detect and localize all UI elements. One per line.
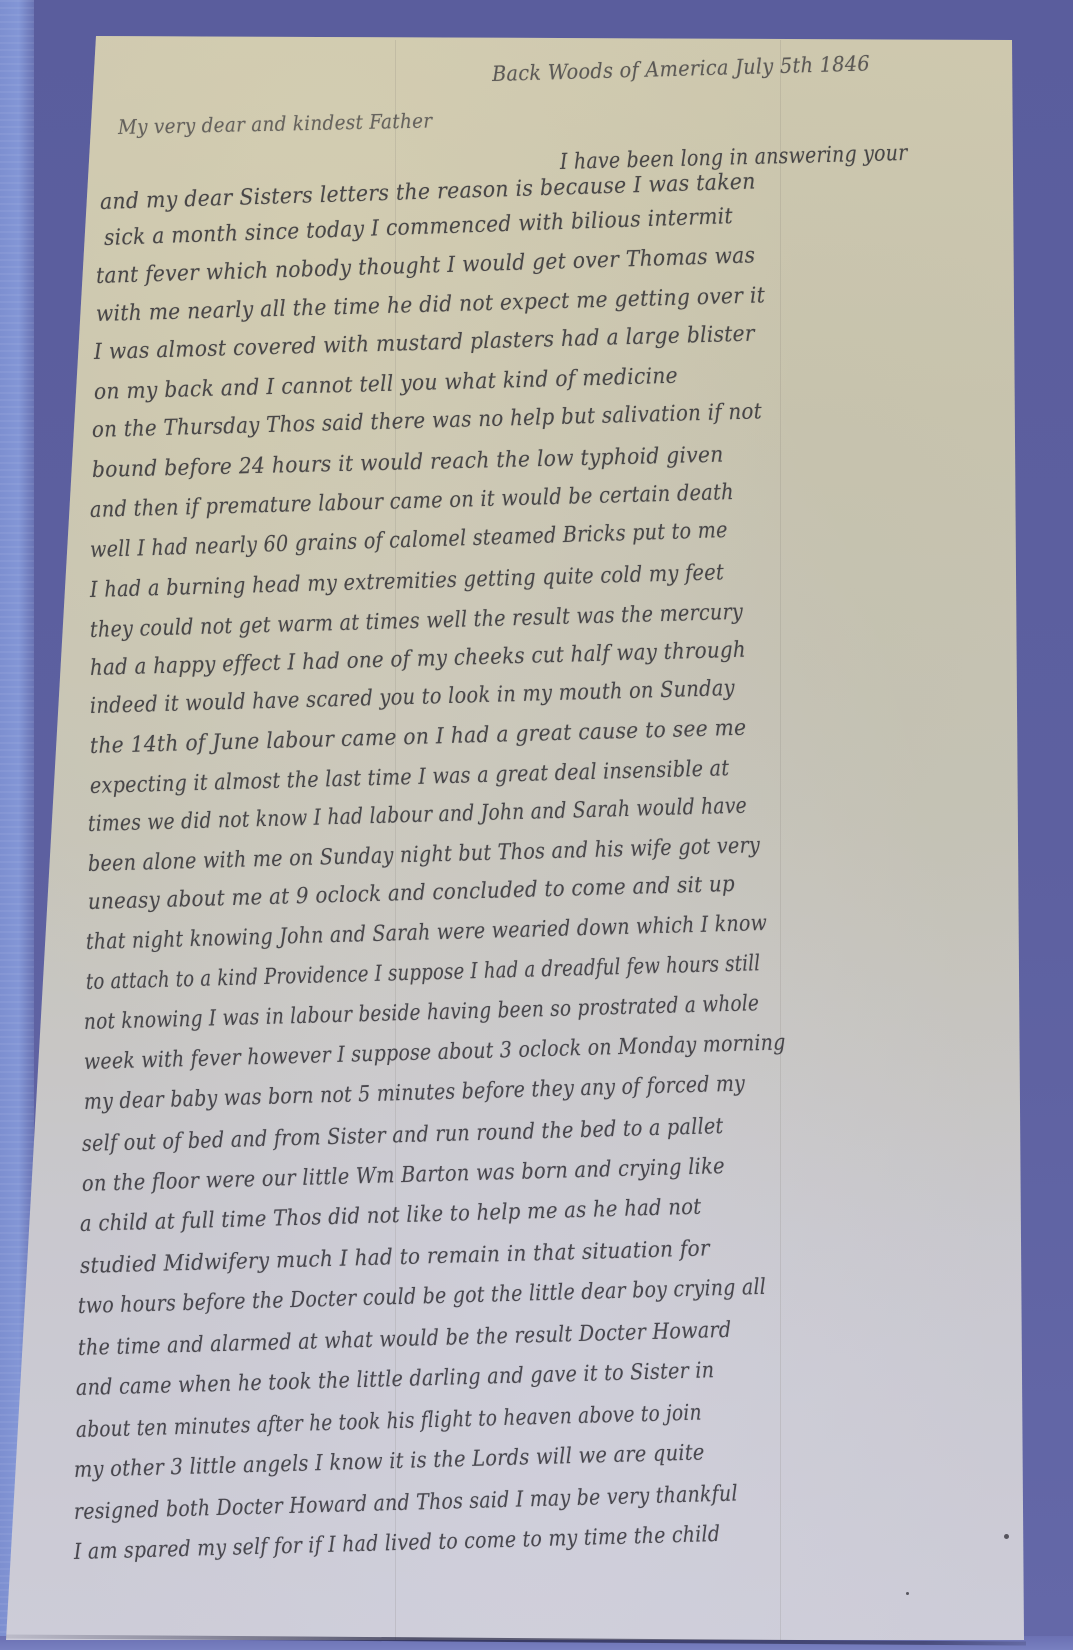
paper-fold-line xyxy=(395,40,396,1640)
paper-fold-line xyxy=(780,40,781,1640)
ink-speck xyxy=(1004,1534,1009,1539)
ink-speck xyxy=(906,1592,909,1595)
